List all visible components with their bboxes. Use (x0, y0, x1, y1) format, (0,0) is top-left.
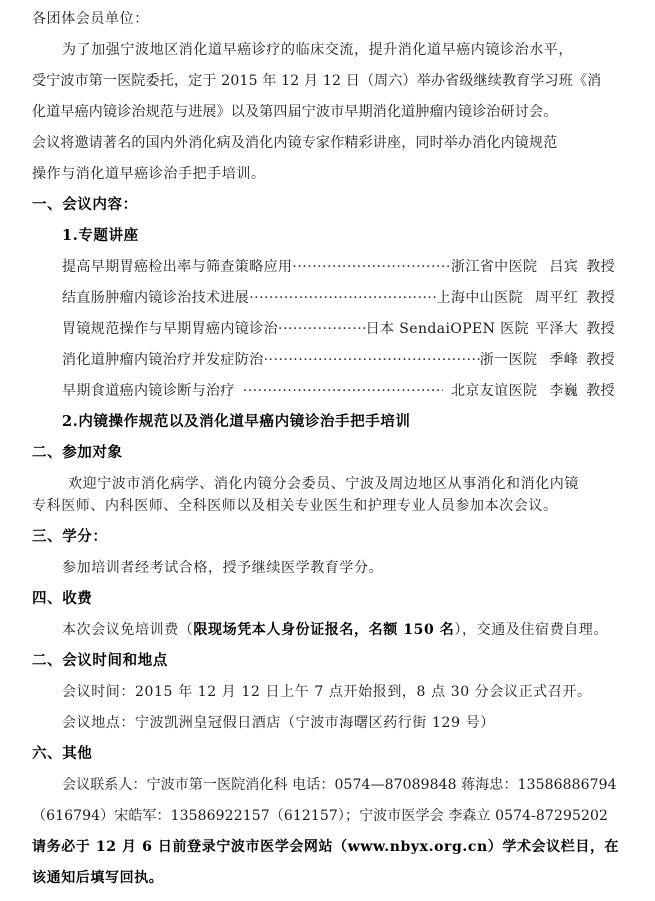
notice-suffix: ）学术会议栏目，在 (488, 839, 619, 855)
salutation: 各团体会员单位： (32, 9, 149, 29)
lecture-speaker: 周平红 (535, 288, 578, 308)
section-heading-other: 六、其他 (32, 744, 92, 764)
lecture-item: 结直肠肿瘤内镜诊治技术进展 上海中山医院 周平红 教授 (62, 288, 615, 308)
lecture-speaker: 季峰 (549, 350, 578, 370)
lecture-title: 消化道肿瘤内镜治疗并发症防治 (62, 350, 264, 370)
section-heading-audience: 二、参加对象 (32, 443, 123, 463)
meeting-place: 会议地点：宁波凯洲皇冠假日酒店（宁波市海曙区药行街 129 号） (62, 713, 495, 733)
section-heading-credits: 三、学分： (32, 527, 108, 547)
website-link[interactable]: www.nbyx.org.cn (348, 839, 488, 855)
lecture-rank: 教授 (586, 319, 615, 339)
lecture-title: 结直肠肿瘤内镜诊治技术进展 (62, 288, 249, 308)
intro-line-3: 化道早癌内镜诊治规范与进展》以及第四届宁波市早期消化道肿瘤内镜诊治研讨会。 (32, 102, 627, 122)
dot-leader (249, 288, 436, 308)
lecture-rank: 教授 (586, 288, 615, 308)
section-heading-content: 一、会议内容： (32, 195, 138, 215)
lecture-item: 消化道肿瘤内镜治疗并发症防治 浙一医院 季峰 教授 (62, 350, 615, 370)
contact-line-2: （616794）宋皓军：13586922157（612157）；宁波市医学会 李… (32, 806, 608, 826)
subheading-training: 2.内镜操作规范以及消化道早癌内镜诊治手把手培训 (62, 412, 411, 432)
lecture-rank: 教授 (586, 257, 615, 277)
lecture-hospital: 上海中山医院 (437, 288, 523, 308)
fees-text-prefix: 本次会议免培训费（ (62, 622, 193, 638)
audience-line-1: 欢迎宁波市消化病学、消化内镜分会委员、宁波及周边地区从事消化和消化内镜 (68, 474, 579, 494)
notice-line-1: 请务必于 12 月 6 日前登录宁波市医学会网站（www.nbyx.org.cn… (32, 837, 619, 857)
lecture-item: 胃镜规范操作与早期胃癌内镜诊治 日本 SendaiOPEN 医院 平泽大 教授 (62, 319, 615, 339)
dot-leader (264, 350, 480, 370)
dot-leader (292, 257, 451, 277)
meeting-time: 会议时间：2015 年 12 月 12 日上午 7 点开始报到，8 点 30 分… (62, 682, 592, 702)
lecture-title: 早期食道癌内镜诊断与治疗 (62, 381, 235, 401)
intro-line-5: 操作与消化道早癌诊治手把手培训。 (32, 164, 266, 184)
lecture-item: 早期食道癌内镜诊断与治疗 北京友谊医院 李巍 教授 (62, 381, 615, 401)
intro-line-4: 会议将邀请著名的国内外消化病及消化内镜专家作精彩讲座，同时举办消化内镜规范 (32, 133, 627, 153)
lecture-title: 胃镜规范操作与早期胃癌内镜诊治 (62, 319, 278, 339)
lecture-rank: 教授 (586, 350, 615, 370)
notice-prefix: 请务必于 12 月 6 日前登录宁波市医学会网站（ (32, 839, 348, 855)
dot-leader (243, 381, 443, 401)
credits-text: 参加培训者经考试合格，授予继续医学教育学分。 (62, 558, 383, 578)
dot-leader (278, 319, 366, 339)
subheading-lectures: 1.专题讲座 (62, 226, 139, 246)
lecture-speaker: 吕宾 (549, 257, 578, 277)
lecture-hospital: 浙一医院 (480, 350, 538, 370)
contact-line-1: 会议联系人：宁波市第一医院消化科 电话：0574—87089848 蒋海忠：13… (62, 775, 617, 795)
section-heading-fees: 四、收费 (32, 589, 92, 609)
lecture-item: 提高早期胃癌检出率与筛查策略应用 浙江省中医院 吕宾 教授 (62, 257, 615, 277)
fees-text-suffix: ），交通及住宿费自理。 (454, 622, 608, 638)
fees-text: 本次会议免培训费（限现场凭本人身份证报名，名额 150 名），交通及住宿费自理。 (62, 620, 608, 640)
lecture-hospital: 北京友谊医院 (451, 381, 537, 401)
lecture-speaker: 平泽大 (535, 319, 578, 339)
intro-line-1: 为了加强宁波地区消化道早癌诊疗的临床交流，提升消化道早癌内镜诊治水平， (62, 40, 573, 60)
lecture-rank: 教授 (586, 381, 615, 401)
lecture-hospital: 浙江省中医院 (451, 257, 537, 277)
notice-line-2: 该通知后填写回执。 (32, 868, 163, 888)
lecture-speaker: 李巍 (549, 381, 578, 401)
lecture-title: 提高早期胃癌检出率与筛查策略应用 (62, 257, 292, 277)
audience-line-2: 专科医师、内科医师、全科医师以及相关专业医生和护理专业人员参加本次会议。 (32, 496, 558, 516)
fees-text-highlight: 限现场凭本人身份证报名，名额 150 名 (193, 622, 454, 638)
intro-line-2: 受宁波市第一医院委托，定于 2015 年 12 月 12 日（周六）举办省级继续… (32, 71, 627, 91)
section-heading-time-place: 二、会议时间和地点 (32, 651, 168, 671)
lecture-hospital: 日本 SendaiOPEN 医院 (366, 319, 529, 339)
